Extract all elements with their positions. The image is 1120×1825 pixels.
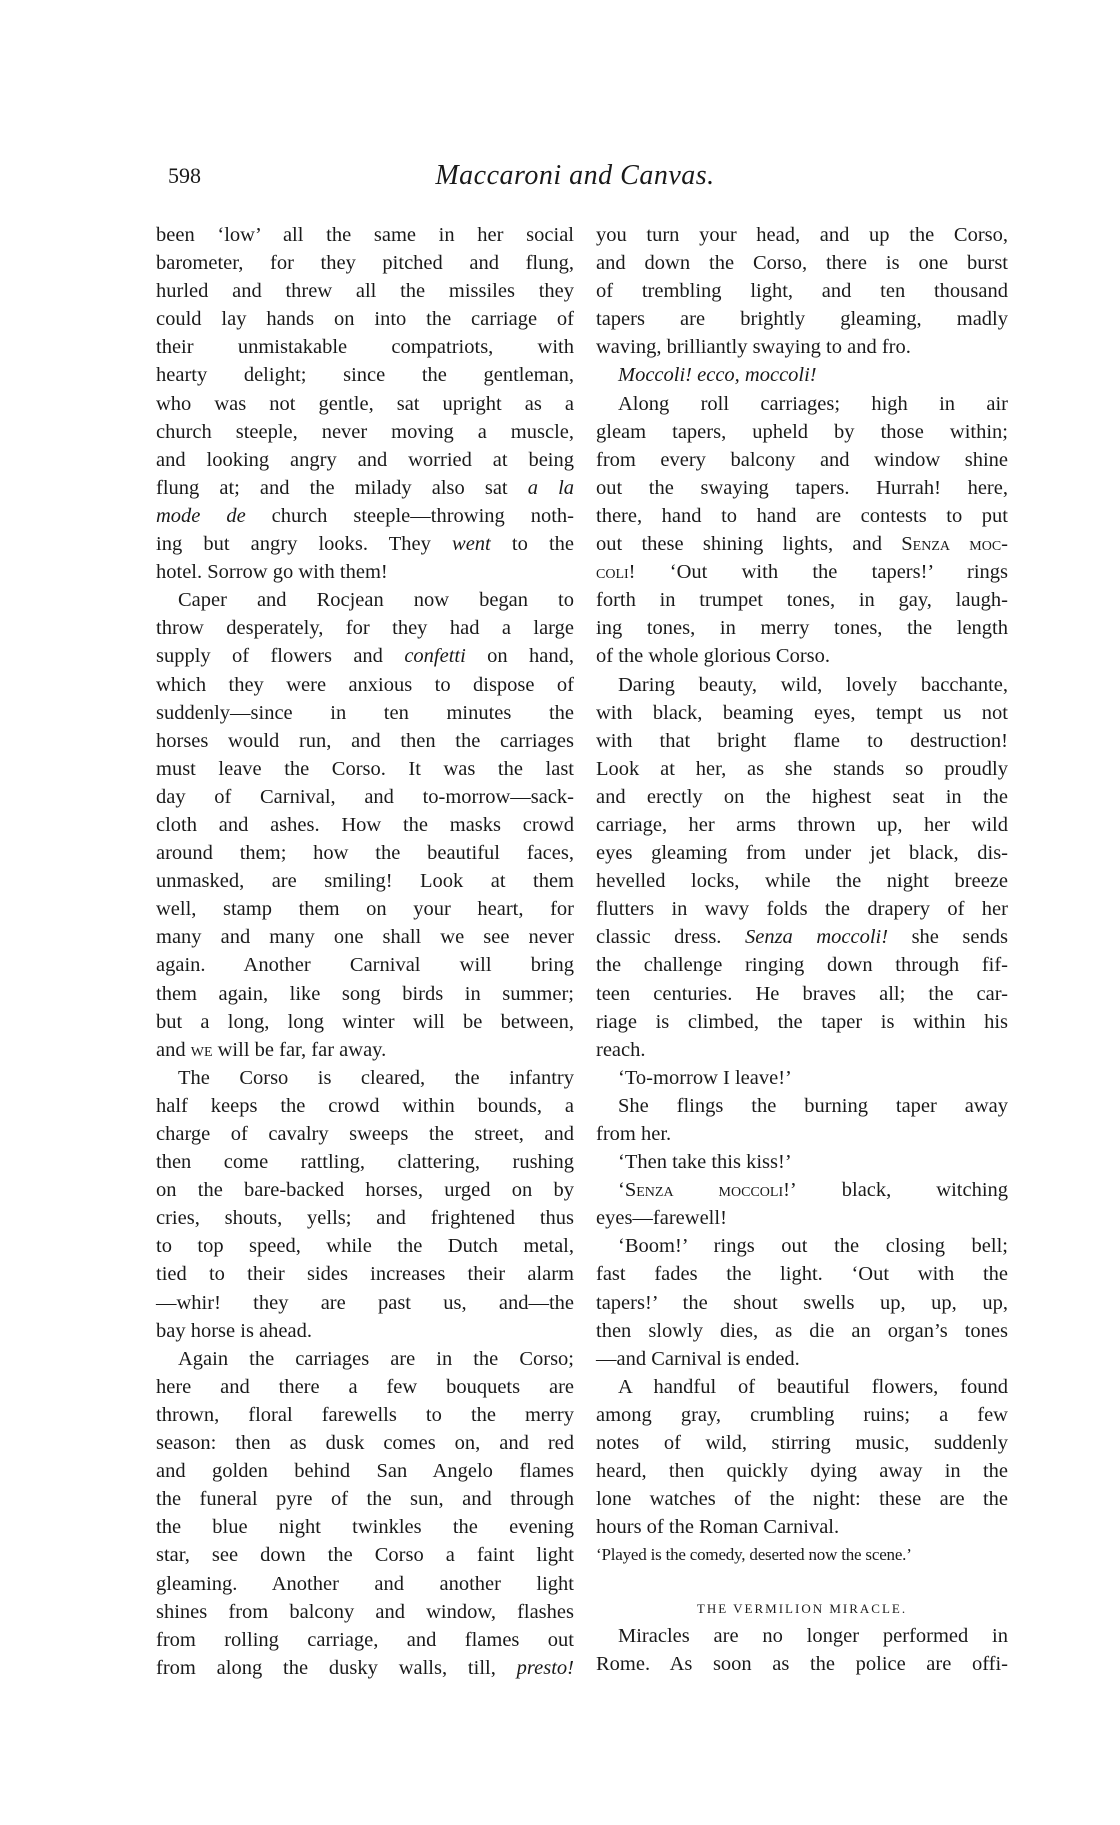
text-line: Miracles are no longer performed in [596,1622,1008,1650]
text-line: and we will be far, far away. [156,1036,574,1064]
text-line: tied to their sides increases their alar… [156,1260,574,1288]
text-line: there, hand to hand are contests to put [596,502,1008,530]
text-line: could lay hands on into the carriage of [156,305,574,333]
text-run: she sends [912,926,1008,948]
text-line: of trembling light, and ten thousand [596,277,1008,305]
small-caps-phrase: ‘Senza moccoli!’ [618,1179,797,1201]
text-line: ‘Senza moccoli!’ black, witching [596,1176,1008,1204]
right-column: you turn your head, and up the Corso, an… [596,221,1008,1678]
text-line: reach. [596,1036,1008,1064]
text-line: star, see down the Corso a faint light [156,1541,574,1569]
text-line: the funeral pyre of the sun, and through [156,1485,574,1513]
text-line: flutters in wavy folds the drapery of he… [596,895,1008,923]
text-run: on hand, [487,645,574,667]
text-line: hevelled locks, while the night breeze [596,867,1008,895]
text-line: hours of the Roman Carnival. [596,1513,1008,1541]
italic-phrase: presto! [517,1657,574,1679]
text-line: season: then as dusk comes on, and red [156,1429,574,1457]
text-line: here and there a few bouquets are [156,1373,574,1401]
running-title: Maccaroni and Canvas. [0,160,1120,192]
text-line: Along roll carriages; high in air [596,390,1008,418]
text-line: riage is climbed, the taper is within hi… [596,1008,1008,1036]
text-line: throw desperately, for they had a large [156,614,574,642]
text-line: unmasked, are smiling! Look at them [156,867,574,895]
text-run: church steeple—throwing noth- [272,505,574,527]
text-line: with that bright flame to destruction! [596,727,1008,755]
text-line: coli! ‘Out with the tapers!’ rings [596,558,1008,586]
text-run: ‘Out with the tapers!’ rings [670,561,1008,583]
text-line: bay horse is ahead. [156,1317,574,1345]
text-line: tapers!’ the shout swells up, up, up, [596,1289,1008,1317]
text-line: must leave the Corso. It was the last [156,755,574,783]
text-line: horses would run, and then the carriages [156,727,574,755]
text-run: flung at; and the milady also sat [156,477,508,499]
text-line: their unmistakable compatriots, with [156,333,574,361]
italic-phrase: confetti [404,645,465,667]
text-line: and looking angry and worried at being [156,446,574,474]
text-line: the blue night twinkles the evening [156,1513,574,1541]
text-line: day of Carnival, and to-morrow—sack- [156,783,574,811]
text-line: ‘Then take this kiss!’ [596,1148,1008,1176]
text-line: out these shining lights, and Senza moc- [596,530,1008,558]
text-line: then slowly dies, as die an organ’s tone… [596,1317,1008,1345]
spacer [596,1570,1008,1594]
text-line: gleam tapers, upheld by those within; [596,418,1008,446]
text-line: half keeps the crowd within bounds, a [156,1092,574,1120]
italic-phrase: mode de [156,505,246,527]
text-line: to top speed, while the Dutch metal, [156,1232,574,1260]
text-line: hearty delight; since the gentleman, [156,361,574,389]
text-line: cloth and ashes. How the masks crowd [156,811,574,839]
text-line: again. Another Carnival will bring [156,951,574,979]
text-line: tapers are brightly gleaming, madly [596,305,1008,333]
text-line: waving, brilliantly swaying to and fro. [596,333,1008,361]
text-line: forth in trumpet tones, in gay, laugh- [596,586,1008,614]
text-line: you turn your head, and up the Corso, [596,221,1008,249]
text-run: and [156,1039,186,1061]
text-line: hotel. Sorrow go with them! [156,558,574,586]
text-line: lone watches of the night: these are the [596,1485,1008,1513]
text-run: black, witching [842,1179,1008,1201]
text-line: Look at her, as she stands so proudly [596,755,1008,783]
text-line: carriage, her arms thrown up, her wild [596,811,1008,839]
text-line: them again, like song birds in summer; [156,980,574,1008]
text-line: from along the dusky walls, till, presto… [156,1654,574,1682]
text-line: well, stamp them on your heart, for [156,895,574,923]
text-line: gleaming. Another and another light [156,1570,574,1598]
epigraph-quote: ‘Played is the comedy, deserted now the … [596,1541,1008,1569]
text-line: eyes gleaming from under jet black, dis- [596,839,1008,867]
text-line: which they were anxious to dispose of [156,671,574,699]
text-line: flung at; and the milady also sat a la [156,474,574,502]
text-line: —whir! they are past us, and—the [156,1289,574,1317]
text-line: hurled and threw all the missiles they [156,277,574,305]
text-line: Rome. As soon as the police are offi- [596,1650,1008,1678]
text-line: mode de church steeple—throwing noth- [156,502,574,530]
text-line: from every balcony and window shine [596,446,1008,474]
section-heading: THE VERMILION MIRACLE. [596,1594,1008,1622]
text-line: The Corso is cleared, the infantry [156,1064,574,1092]
text-line: A handful of beautiful flowers, found [596,1373,1008,1401]
text-line: supply of flowers and confetti on hand, [156,642,574,670]
text-line: Caper and Rocjean now began to [156,586,574,614]
text-line: but a long, long winter will be between, [156,1008,574,1036]
text-line: classic dress. Senza moccoli! she sends [596,923,1008,951]
text-line: who was not gentle, sat upright as a [156,390,574,418]
text-line: thrown, floral farewells to the merry [156,1401,574,1429]
left-column: been ‘low’ all the same in her social ba… [156,221,574,1682]
text-line: among gray, crumbling ruins; a few [596,1401,1008,1429]
text-run: out these shining lights, and [596,533,882,555]
text-line: —and Carnival is ended. [596,1345,1008,1373]
text-line: suddenly—since in ten minutes the [156,699,574,727]
text-line: of the whole glorious Corso. [596,642,1008,670]
text-line: She flings the burning taper away [596,1092,1008,1120]
italic-phrase: a la [528,477,574,499]
text-run: will be far, far away. [218,1039,387,1061]
text-line: Again the carriages are in the Corso; [156,1345,574,1373]
text-line: on the bare-backed horses, urged on by [156,1176,574,1204]
text-run: classic dress. [596,926,721,948]
text-line: with black, beaming eyes, tempt us not [596,699,1008,727]
text-line: out the swaying tapers. Hurrah! here, [596,474,1008,502]
italic-phrase: went [452,533,491,555]
text-line: from her. [596,1120,1008,1148]
italic-phrase: Senza moccoli! [745,926,888,948]
text-line: and erectly on the highest seat in the [596,783,1008,811]
text-line: from rolling carriage, and flames out [156,1626,574,1654]
text-line: notes of wild, stirring music, suddenly [596,1429,1008,1457]
small-caps-word: we [191,1039,213,1061]
small-caps-phrase: Senza moc- [901,533,1008,555]
text-line: and down the Corso, there is one burst [596,249,1008,277]
text-run: from along the dusky walls, till, [156,1657,496,1679]
text-line: many and many one shall we see never [156,923,574,951]
text-line: Moccoli! ecco, moccoli! [596,361,1008,389]
text-line: ‘Boom!’ rings out the closing bell; [596,1232,1008,1260]
text-run: to the [512,533,574,555]
small-caps-phrase: coli! [596,561,636,583]
text-line: shines from balcony and window, flashes [156,1598,574,1626]
text-line: and golden behind San Angelo flames [156,1457,574,1485]
text-line: charge of cavalry sweeps the street, and [156,1120,574,1148]
text-line: teen centuries. He braves all; the car- [596,980,1008,1008]
text-line: then come rattling, clattering, rushing [156,1148,574,1176]
text-line: around them; how the beautiful faces, [156,839,574,867]
text-line: eyes—farewell! [596,1204,1008,1232]
text-run: ing but angry looks. They [156,533,431,555]
text-line: been ‘low’ all the same in her social [156,221,574,249]
text-line: cries, shouts, yells; and frightened thu… [156,1204,574,1232]
text-line: ‘To-morrow I leave!’ [596,1064,1008,1092]
text-line: ing but angry looks. They went to the [156,530,574,558]
text-line: heard, then quickly dying away in the [596,1457,1008,1485]
text-line: ing tones, in merry tones, the length [596,614,1008,642]
text-line: fast fades the light. ‘Out with the [596,1260,1008,1288]
text-line: church steeple, never moving a muscle, [156,418,574,446]
text-line: Daring beauty, wild, lovely bacchante, [596,671,1008,699]
text-run: supply of flowers and [156,645,383,667]
text-line: barometer, for they pitched and flung, [156,249,574,277]
text-line: the challenge ringing down through fif- [596,951,1008,979]
